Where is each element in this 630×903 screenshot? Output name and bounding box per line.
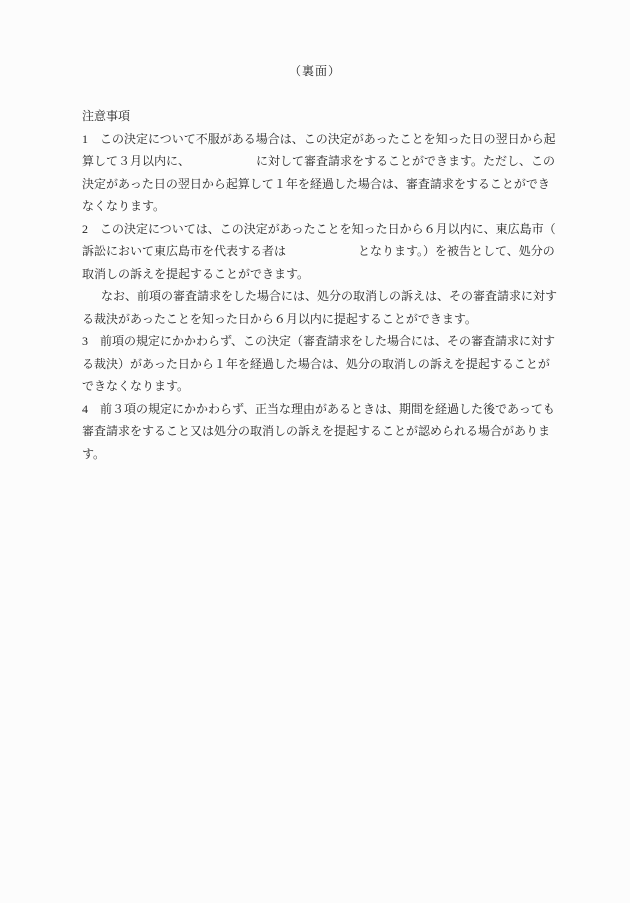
document-line-8: なお、前項の審査請求をした場合には、処分の取消しの訴えは、その審査請求に対す xyxy=(82,285,568,308)
page-side-label: （裏面） xyxy=(0,60,630,83)
document-line-15: す。 xyxy=(82,443,568,466)
document-line-14: 審査請求をすること又は処分の取消しの訴えを提起することが認められる場合がありま xyxy=(82,420,568,443)
document-line-9: る裁決があったことを知った日から６月以内に提起することができます。 xyxy=(82,308,568,331)
document-line-7: 取消しの訴えを提起することができます。 xyxy=(82,263,568,286)
document-line-13: 4 前３項の規定にかかわらず、正当な理由があるときは、期間を経過した後であっても xyxy=(82,398,568,421)
document-line-10: 3 前項の規定にかかわらず、この決定（審査請求をした場合には、その審査請求に対す xyxy=(82,330,568,353)
document-line-5: 2 この決定については、この決定があったことを知った日から６月以内に、東広島市（ xyxy=(82,218,568,241)
document-line-6: 訴訟において東広島市を代表する者は となります。）を被告として、処分の xyxy=(82,240,568,263)
document-line-2: 算して３月以内に、 に対して審査請求をすることができます。ただし、この xyxy=(82,150,568,173)
document-page: （裏面） 注意事項 1 この決定について不服がある場合は、この決定があったことを… xyxy=(0,0,630,903)
document-line-1: 1 この決定について不服がある場合は、この決定があったことを知った日の翌日から起 xyxy=(82,128,568,151)
notes-section: 注意事項 1 この決定について不服がある場合は、この決定があったことを知った日の… xyxy=(82,105,568,465)
document-line-11: る裁決）があった日から１年を経過した場合は、処分の取消しの訴えを提起することが xyxy=(82,353,568,376)
document-line-4: なくなります。 xyxy=(82,195,568,218)
notes-title: 注意事項 xyxy=(82,105,568,128)
document-line-3: 決定があった日の翌日から起算して１年を経過した場合は、審査請求をすることができ xyxy=(82,173,568,196)
notes-body: 1 この決定について不服がある場合は、この決定があったことを知った日の翌日から起… xyxy=(82,128,568,466)
document-line-12: できなくなります。 xyxy=(82,375,568,398)
